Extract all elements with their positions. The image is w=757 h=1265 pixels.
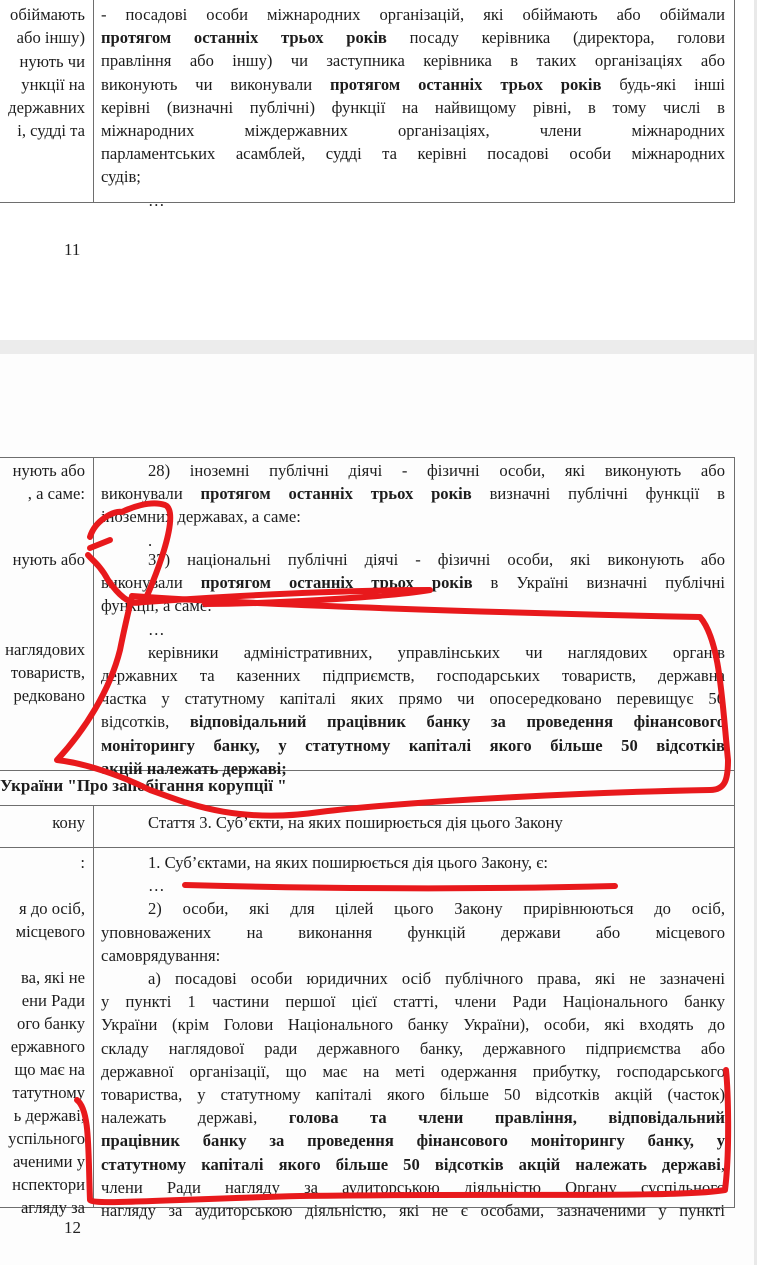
text: будь-які інші	[601, 75, 725, 94]
bold-text: протягом останніх трьох років	[201, 573, 473, 592]
text-line: - посадові особи міжнародних організацій…	[101, 4, 725, 25]
text: виконували	[101, 573, 201, 592]
bold-text: працівник банку за проведення фінансовог…	[101, 1131, 725, 1150]
left-column-fragment: ункції на	[0, 74, 85, 95]
text-line: належать державі, голова та члени правлі…	[101, 1107, 725, 1128]
text-line: державних та казенних підприємств, госпо…	[101, 665, 725, 686]
left-column-fragment: ого банку	[0, 1013, 85, 1034]
text: у пункті 1 частини першої цієї статті, ч…	[101, 992, 725, 1011]
text-line: 28) іноземні публічні діячі - фізичні ос…	[148, 460, 725, 481]
text-line: судів;	[101, 166, 725, 187]
page-separator	[0, 340, 757, 354]
left-column-fragment: ва, які не	[0, 967, 85, 988]
text: уповноважених на виконання функцій держа…	[101, 923, 725, 942]
text-line: міжнародних міждержавних організаціях, ч…	[101, 120, 725, 141]
text-line: працівник банку за проведення фінансовог…	[101, 1130, 725, 1151]
left-column-fragment: аченими у	[0, 1151, 85, 1172]
text: члени Ради нагляду за аудиторською діяль…	[101, 1178, 725, 1197]
left-column-fragment: редковано	[0, 685, 85, 706]
text: самоврядування:	[101, 946, 220, 965]
bold-text: голова та члени правління, відповідальни…	[289, 1108, 725, 1127]
text-line: України (крім Голови Національного банку…	[101, 1014, 725, 1035]
text-line: керівники адміністративних, управлінськи…	[148, 642, 725, 663]
text: керівні (визначні публічні) функції на н…	[101, 98, 725, 117]
text: судів;	[101, 167, 141, 186]
text: правління або іншу) чи заступника керівн…	[101, 51, 725, 70]
text: в Україні визначні публічні	[473, 573, 725, 592]
text: частка у статутному капіталі яких прямо …	[101, 689, 725, 708]
text: а) посадові особи юридичних осіб публічн…	[148, 969, 725, 988]
left-column-fragment: :	[0, 852, 85, 873]
text-line: …	[148, 875, 725, 896]
text-line: а) посадові особи юридичних осіб публічн…	[148, 968, 725, 989]
text-line: відсотків, відповідальний працівник банк…	[101, 711, 725, 732]
text: ,	[721, 1155, 725, 1174]
left-column-fragment: татутному	[0, 1082, 85, 1103]
left-column-fragment: місцевого	[0, 921, 85, 942]
bold-text: відповідальний працівник банку за провед…	[190, 712, 725, 731]
text-line: …	[148, 619, 725, 640]
text: - посадові особи міжнародних організацій…	[101, 5, 725, 24]
text-line: функції, а саме:	[101, 595, 725, 616]
text: 2) особи, які для цілей цього Закону при…	[148, 899, 725, 918]
text-line: державної організації, що має на меті од…	[101, 1061, 725, 1082]
text: нагляду за аудиторською діяльністю, які …	[101, 1201, 725, 1220]
text: міжнародних міждержавних організаціях, ч…	[101, 121, 725, 140]
text-line: акцій належать державі;	[101, 758, 725, 779]
bold-text: протягом останніх трьох років	[330, 75, 601, 94]
left-column-fragment: , а саме:	[0, 483, 85, 504]
text-line: товариства, у статутному капіталі якого …	[101, 1084, 725, 1105]
text: визначні публічні функції в	[472, 484, 725, 503]
text: …	[148, 620, 165, 639]
text-line: уповноважених на виконання функцій держа…	[101, 922, 725, 943]
text-line: статутному капіталі якого більше 50 відс…	[101, 1154, 725, 1175]
text: іноземних державах, а саме:	[101, 507, 301, 526]
text: 1. Суб’єктами, на яких поширюється дія ц…	[148, 853, 548, 872]
left-column-fragment: нують або	[0, 549, 85, 570]
text-line: …	[148, 190, 725, 211]
bold-text: протягом останніх трьох років	[201, 484, 472, 503]
page-number-11: 11	[64, 240, 80, 260]
text-line: моніторингу банку, у статутному капіталі…	[101, 735, 725, 756]
bold-text: акцій належать державі;	[101, 759, 287, 778]
text-line: виконували протягом останніх трьох років…	[101, 572, 725, 593]
text-line: 1. Суб’єктами, на яких поширюється дія ц…	[148, 852, 725, 873]
text: відсотків,	[101, 712, 190, 731]
text: виконували	[101, 484, 201, 503]
text-line: частка у статутному капіталі яких прямо …	[101, 688, 725, 709]
text-line: керівні (визначні публічні) функції на н…	[101, 97, 725, 118]
row-divider	[0, 805, 734, 806]
text-line: іноземних державах, а саме:	[101, 506, 725, 527]
text: 28) іноземні публічні діячі - фізичні ос…	[148, 461, 725, 480]
text-line: самоврядування:	[101, 945, 725, 966]
left-column-fragment: агляду за	[0, 1197, 85, 1218]
text: …	[148, 191, 165, 210]
column-divider	[93, 805, 94, 1207]
text: України (крім Голови Національного банку…	[101, 1015, 725, 1034]
text-line: правління або іншу) чи заступника керівн…	[101, 50, 725, 71]
text: товариства, у статутному капіталі якого …	[101, 1085, 725, 1104]
left-column-fragment: або іншу)	[0, 27, 85, 48]
left-column-fragment: ержавного	[0, 1036, 85, 1057]
text-line: 2) особи, які для цілей цього Закону при…	[148, 898, 725, 919]
bold-text: протягом останніх трьох років	[101, 28, 387, 47]
column-divider	[93, 0, 94, 202]
row-divider	[0, 847, 734, 848]
text-line: у пункті 1 частини першої цієї статті, ч…	[101, 991, 725, 1012]
column-divider	[93, 457, 94, 770]
text-line: виконували протягом останніх трьох років…	[101, 483, 725, 504]
left-column-fragment: і, судді та	[0, 120, 85, 141]
text-line: члени Ради нагляду за аудиторською діяль…	[101, 1177, 725, 1198]
left-column-fragment: нують чи	[0, 51, 85, 72]
left-column-fragment: наглядових	[0, 639, 85, 660]
text-line: 37) національні публічні діячі - фізичні…	[148, 549, 725, 570]
left-column-fragment: нспектори	[0, 1174, 85, 1195]
text-line: протягом останніх трьох років посаду кер…	[101, 27, 725, 48]
left-column-fragment: нують або	[0, 460, 85, 481]
text-line: нагляду за аудиторською діяльністю, які …	[101, 1200, 725, 1221]
left-column-fragment: що має на	[0, 1059, 85, 1080]
text: посаду керівника (директора, голови	[387, 28, 725, 47]
text-line: складу наглядової ради державного банку,…	[101, 1038, 725, 1059]
left-column-fragment: я до осіб,	[0, 898, 85, 919]
left-column-fragment: товариств,	[0, 662, 85, 683]
text-line: .	[148, 530, 725, 551]
text: …	[148, 876, 165, 895]
text: парламентських асамблей, судді та керівн…	[101, 144, 725, 163]
page-number-12: 12	[64, 1218, 81, 1238]
article-heading: Стаття 3. Суб’єкти, на яких поширюється …	[148, 812, 563, 833]
text: керівники адміністративних, управлінськи…	[148, 643, 725, 662]
text: функції, а саме:	[101, 596, 212, 615]
text: .	[148, 531, 152, 550]
left-column-fragment: успільного	[0, 1128, 85, 1149]
left-column-fragment: кону	[0, 812, 85, 833]
text: 37) національні публічні діячі - фізичні…	[148, 550, 725, 569]
text: виконують чи виконували	[101, 75, 330, 94]
left-column-fragment: обіймають	[0, 4, 85, 25]
text: належать державі,	[101, 1108, 289, 1127]
left-column-fragment: державних	[0, 97, 85, 118]
text: складу наглядової ради державного банку,…	[101, 1039, 725, 1058]
text: державної організації, що має на меті од…	[101, 1062, 725, 1081]
left-column-fragment: ени Ради	[0, 990, 85, 1011]
text: державних та казенних підприємств, госпо…	[101, 666, 725, 685]
left-column-fragment: ь державі,	[0, 1105, 85, 1126]
text-line: парламентських асамблей, судді та керівн…	[101, 143, 725, 164]
bold-text: статутному капіталі якого більше 50 відс…	[101, 1155, 721, 1174]
bold-text: моніторингу банку, у статутному капіталі…	[101, 736, 725, 755]
text-line: виконують чи виконували протягом останні…	[101, 74, 725, 95]
